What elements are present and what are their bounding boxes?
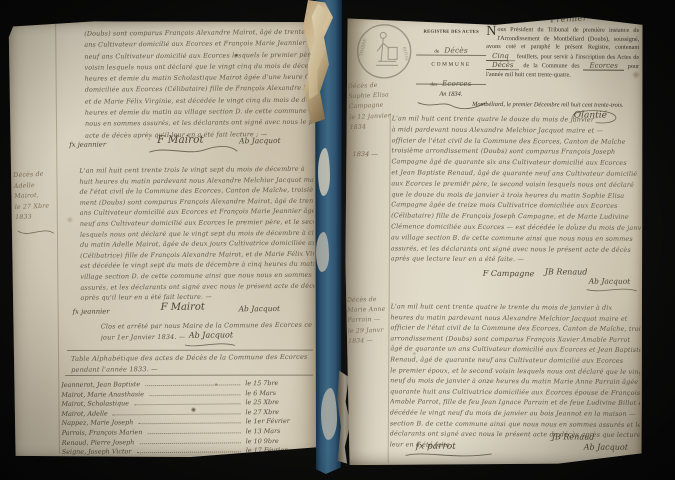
witness-signature: fx jeannier	[73, 307, 110, 315]
witness-signature: JB Renaud	[552, 432, 595, 441]
margin-note-line: 1834 —	[348, 335, 390, 346]
declarant-signature: F Mairot	[157, 134, 204, 146]
right-act-2-text: L'an mil huit cent trente quatre le tren…	[390, 301, 641, 455]
mayor-signatur: Ab Jacquot	[239, 304, 281, 313]
right-page: Premier TIMBRE ROYAL REGISTRE DES ACTES …	[344, 13, 645, 467]
handwritten-line: après que lecture leur en a été faite. —	[391, 254, 641, 266]
table-rule-top	[67, 350, 313, 351]
left-act-2-text: L'an mil huit cent trente trois le vingt…	[79, 164, 314, 306]
table-name-cell: Parrois, François Marien	[62, 428, 143, 437]
left-margin-note: Décès deAdelleMairot,le 27 Xbre1833	[13, 169, 58, 242]
table-rule-bottom	[65, 375, 313, 376]
witness-signature: JB Renaud	[545, 267, 588, 276]
closing-flourish	[183, 340, 237, 348]
deaths-table: Jeannerot, Jean Baptiste le 15 7bre Mair…	[61, 379, 308, 459]
witness-signature: fx jeannier	[69, 141, 106, 149]
scanned-register-photo: (Doubs) sont comparus François Alexandre…	[0, 0, 675, 480]
table-name-cell: Mairot, Marie Anasthasie	[61, 390, 144, 399]
signature-flourish	[585, 286, 639, 294]
margin-note-flourish	[16, 225, 56, 239]
drop-cap: N	[486, 26, 496, 38]
signature-flourish	[147, 145, 239, 156]
spine-wear-patch	[318, 148, 330, 196]
table-title: Table Alphabétique des actes de Décès de…	[71, 352, 313, 375]
intro-text-1: ous Président du Tribunal de première in…	[486, 26, 639, 51]
table-date-cell: le 25 Xbre	[245, 398, 307, 407]
folio-label: Premier	[550, 14, 587, 26]
year-label: An 1834.	[418, 91, 484, 98]
signature-flourish	[404, 450, 494, 460]
dotted-leader	[149, 394, 240, 396]
table-name-cell: Mairot, Adelle	[61, 409, 107, 417]
right-margin-note-2: Décès deMarie AnneParrain —le 29 Janvr18…	[347, 295, 390, 347]
table-name-cell: Nappez, Marie Joseph	[62, 419, 134, 428]
table-name-cell: Mairot, Scholastique	[61, 399, 129, 408]
dotted-leader	[113, 413, 241, 415]
dotted-leader	[145, 384, 240, 386]
table-date-cell: le 15 7bre	[245, 379, 307, 388]
left-page: (Doubs) sont comparus François Alexandre…	[8, 18, 320, 461]
dotted-leader	[134, 404, 240, 406]
year-margin-note: 1834 —	[352, 150, 378, 158]
spine-wear-patch	[321, 388, 337, 440]
declarant-signature: F Campagne	[483, 269, 535, 278]
dotted-leader	[147, 432, 240, 434]
commune-line: des Ecorces	[418, 71, 484, 90]
table-date-cell: le 13 Mars	[246, 427, 308, 436]
dotted-leader	[138, 423, 240, 425]
margin-note-line: 1834	[350, 121, 392, 133]
printed-intro-paragraph: Nous Président du Tribunal de première i…	[486, 26, 639, 80]
right-margin-note-1: Décès deSophie ElisaCampagnele 12 Janvie…	[348, 80, 392, 133]
royal-stamp: TIMBRE ROYAL	[354, 21, 414, 81]
intro-text-3: de la Commune des	[523, 63, 579, 70]
table-date-cell: le 27 Xbre	[245, 408, 307, 417]
table-name-cell: Jeannerot, Jean Baptiste	[61, 380, 140, 389]
table-date-cell: le 6 Mars	[245, 388, 307, 397]
table-date-cell: le 10 9bre	[246, 436, 308, 445]
spine-wear-patch	[316, 232, 329, 272]
table-date-cell: le 17 Février	[246, 446, 308, 455]
table-name-cell: Seigne, Joseph Victor	[62, 447, 132, 456]
commune-handwritten-value: Ecorces	[584, 62, 624, 71]
mayor-signature: Ab Jacquot	[584, 443, 628, 452]
table-title-line: pendant l'année 1833. —	[71, 362, 313, 375]
register-type-value: Décès	[444, 46, 468, 55]
declarant-signature: F Mairot	[161, 302, 205, 313]
left-act-1-text: (Doubs) sont comparus François Alexandre…	[84, 27, 313, 145]
dateline: Montbéliard, le premier Décembre mil hui…	[458, 101, 638, 109]
dotted-leader	[139, 442, 240, 444]
closing-mayor-signature: Ab Jacquot	[189, 330, 233, 339]
right-act-1-text: L'an mil huit cent trente quatre le douz…	[391, 113, 642, 267]
register-label: REGISTRE DES ACTES	[418, 29, 484, 34]
mayor-signature: Ab Jacquot	[239, 136, 281, 145]
stamp-right-text: ROYAL	[402, 46, 410, 62]
dotted-leader	[136, 451, 240, 453]
feuillets-handwritten-value: Cinq	[486, 52, 515, 61]
commune-label: COMMUNE	[418, 62, 484, 68]
table-date-cell: le 1er Février	[246, 417, 308, 426]
actes-handwritten-value: Décès	[486, 61, 519, 70]
table-row: Seigne, Joseph Victor le 17 Février	[62, 446, 308, 458]
margin-note-line: 1833	[15, 211, 57, 223]
intro-text-2: feuillets, pour servir à l'inscription d…	[517, 53, 639, 61]
mayor-signature: Ab Jacquot	[589, 277, 631, 286]
table-name-cell: Renaud, Pierre Joseph	[62, 438, 135, 447]
